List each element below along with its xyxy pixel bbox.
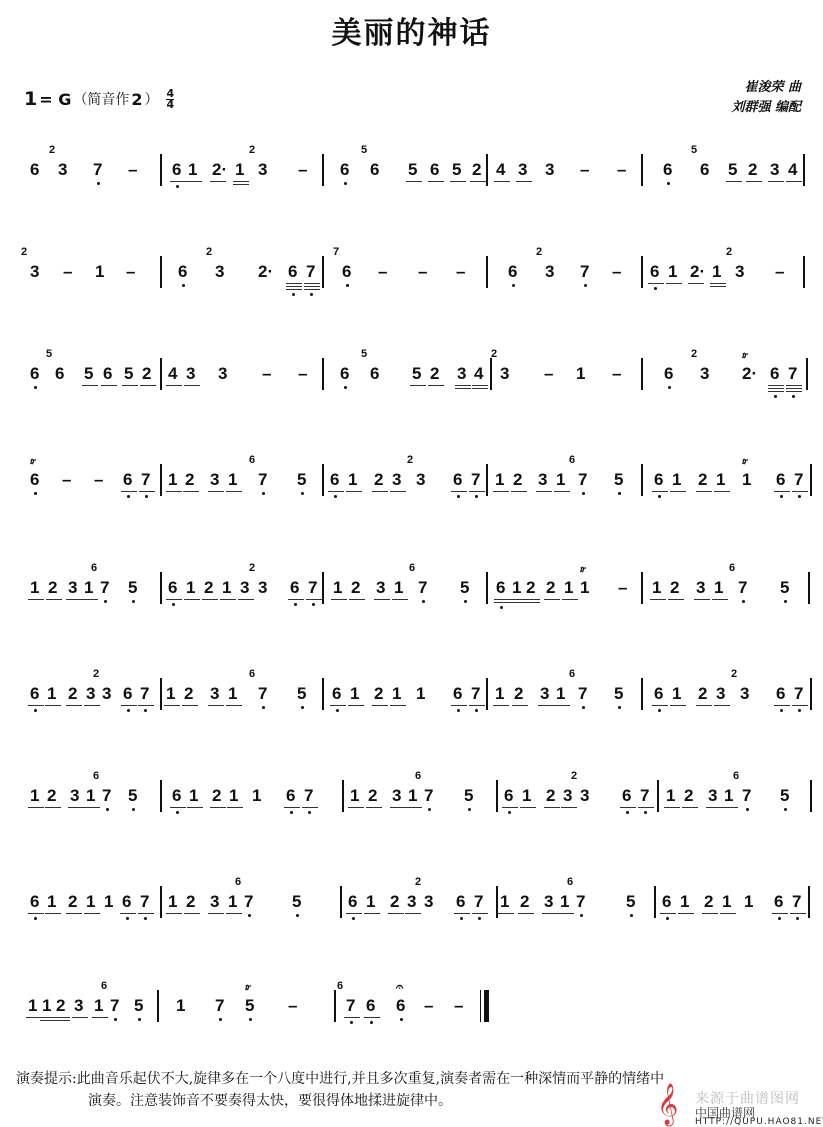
underline-beam bbox=[710, 286, 726, 287]
underline-beam bbox=[620, 807, 636, 808]
underline-beam bbox=[121, 491, 137, 492]
note: 6 bbox=[340, 364, 349, 384]
low-octave-dot bbox=[301, 706, 304, 709]
underline-beam bbox=[524, 602, 540, 603]
grace-note: 6 bbox=[409, 562, 415, 574]
bar-line bbox=[486, 464, 488, 496]
low-octave-dot bbox=[352, 917, 355, 920]
grace-note: 5 bbox=[361, 348, 367, 360]
note: 1 bbox=[176, 996, 185, 1016]
note: 6 bbox=[178, 262, 187, 282]
note: 3 bbox=[240, 578, 249, 598]
low-octave-dot bbox=[512, 284, 515, 287]
dash-extension: – bbox=[262, 364, 271, 384]
note: 3 bbox=[86, 684, 95, 704]
underline-beam bbox=[472, 385, 488, 386]
note: 6 bbox=[453, 470, 462, 490]
low-octave-dot bbox=[796, 917, 799, 920]
underline-beam bbox=[710, 283, 726, 284]
underline-beam bbox=[388, 913, 404, 914]
bar-line bbox=[808, 886, 810, 918]
note: 6 bbox=[504, 786, 513, 806]
note: 7 bbox=[215, 996, 224, 1016]
note: 6 bbox=[770, 364, 779, 384]
note: 1 bbox=[28, 996, 37, 1016]
underline-beam bbox=[66, 705, 82, 706]
low-octave-dot bbox=[344, 182, 347, 185]
key-signature: 1 = G （简音作 2 ） 4 4 bbox=[24, 88, 174, 110]
note: 3 bbox=[30, 262, 39, 282]
note: 7 bbox=[102, 786, 111, 806]
note: 3 bbox=[540, 684, 549, 704]
note: 3 bbox=[716, 684, 725, 704]
time-bottom: 4 bbox=[166, 100, 174, 110]
note: 1 bbox=[712, 262, 721, 282]
underline-beam bbox=[202, 599, 218, 600]
underline-beam bbox=[328, 491, 344, 492]
note: 6 bbox=[654, 684, 663, 704]
arranger-credit: 刘群强 编配 bbox=[731, 98, 801, 118]
note: 1 bbox=[42, 996, 51, 1016]
low-octave-dot bbox=[774, 395, 777, 398]
underline-beam bbox=[348, 705, 364, 706]
bar-line bbox=[160, 678, 162, 710]
grace-note: 2 bbox=[415, 876, 421, 888]
low-octave-dot bbox=[582, 492, 585, 495]
note: 7 bbox=[578, 470, 587, 490]
underline-beam bbox=[284, 807, 300, 808]
underline-beam bbox=[790, 913, 806, 914]
underline-beam bbox=[536, 491, 552, 492]
underline-beam bbox=[406, 181, 422, 182]
note: 6 bbox=[30, 684, 39, 704]
note: 3 bbox=[700, 364, 709, 384]
low-octave-dot bbox=[500, 606, 503, 609]
key-paren-close: ） bbox=[144, 89, 158, 109]
low-octave-dot bbox=[666, 917, 669, 920]
note: 1 bbox=[348, 470, 357, 490]
underline-beam bbox=[428, 181, 444, 182]
bar-line bbox=[322, 678, 324, 710]
note: 7 bbox=[640, 786, 649, 806]
note: 3 bbox=[210, 684, 219, 704]
note: 5 bbox=[626, 892, 635, 912]
bar-line bbox=[641, 572, 643, 604]
note: 6 bbox=[366, 996, 375, 1016]
note: 7 bbox=[738, 578, 747, 598]
underline-beam bbox=[82, 599, 98, 600]
note: 6 bbox=[430, 160, 439, 180]
note: 1 bbox=[416, 684, 425, 704]
note: 1 bbox=[564, 578, 573, 598]
time-signature: 4 4 bbox=[166, 89, 174, 110]
note: 4 bbox=[496, 160, 505, 180]
note: 3 bbox=[58, 160, 67, 180]
underline-beam bbox=[650, 599, 666, 600]
underline-beam bbox=[390, 705, 406, 706]
note: 1 bbox=[47, 892, 56, 912]
underline-beam bbox=[364, 1017, 380, 1018]
note: 1 bbox=[95, 262, 104, 282]
note: 1 bbox=[522, 786, 531, 806]
underline-beam bbox=[166, 385, 182, 386]
underline-beam bbox=[406, 807, 422, 808]
note: 6 bbox=[348, 892, 357, 912]
note: 7 bbox=[474, 892, 483, 912]
dash-extension: – bbox=[418, 262, 427, 282]
note: 1 bbox=[168, 892, 177, 912]
note: 6 bbox=[663, 160, 672, 180]
low-octave-dot bbox=[34, 386, 37, 389]
note: 5 bbox=[128, 578, 137, 598]
watermark-url: HTTP://QUPU.HAO81.NET bbox=[695, 1117, 823, 1127]
note: 5 bbox=[245, 996, 254, 1016]
grace-note: 2 bbox=[536, 246, 542, 258]
note: 6 bbox=[330, 470, 339, 490]
note: 5 bbox=[84, 364, 93, 384]
underline-beam bbox=[101, 385, 117, 386]
underline-beam bbox=[786, 391, 802, 392]
bar-line bbox=[342, 780, 344, 812]
underline-beam bbox=[122, 385, 138, 386]
low-octave-dot bbox=[308, 811, 311, 814]
dash-extension: – bbox=[424, 996, 433, 1016]
underline-beam bbox=[306, 599, 322, 600]
note: 1 bbox=[512, 578, 521, 598]
underline-beam bbox=[390, 807, 406, 808]
low-octave-dot bbox=[219, 1018, 222, 1021]
note: 1 bbox=[392, 684, 401, 704]
underline-beam bbox=[187, 807, 203, 808]
bar-line bbox=[340, 886, 342, 918]
grace-note: 6 bbox=[235, 876, 241, 888]
note: 1 bbox=[186, 578, 195, 598]
note: 5 bbox=[292, 892, 301, 912]
underline-beam bbox=[182, 705, 198, 706]
underline-beam bbox=[121, 705, 137, 706]
low-octave-dot bbox=[127, 709, 130, 712]
note: 3 bbox=[210, 892, 219, 912]
bar-line bbox=[810, 464, 812, 496]
underline-beam bbox=[694, 599, 710, 600]
key-paren-note: 2 bbox=[131, 90, 142, 109]
note: 7 bbox=[306, 262, 315, 282]
note: 1 bbox=[228, 684, 237, 704]
low-octave-dot bbox=[658, 495, 661, 498]
bar-line bbox=[641, 678, 643, 710]
note: 7 bbox=[418, 578, 427, 598]
underline-beam bbox=[768, 385, 784, 386]
note: 6 bbox=[123, 470, 132, 490]
note: 2 bbox=[184, 684, 193, 704]
watermark: 𝄞 来源于曲谱图网 中国曲谱网 HTTP://QUPU.HAO81.NET bbox=[657, 1088, 817, 1126]
note: 2 bbox=[212, 786, 221, 806]
note: 1 bbox=[235, 160, 244, 180]
note: 1 bbox=[652, 578, 661, 598]
low-octave-dot bbox=[248, 914, 251, 917]
low-octave-dot bbox=[262, 492, 265, 495]
note: 5 bbox=[780, 786, 789, 806]
underline-beam bbox=[454, 913, 470, 914]
underline-beam bbox=[688, 283, 704, 284]
underline-beam bbox=[469, 491, 485, 492]
underline-beam bbox=[208, 491, 224, 492]
bar-line bbox=[641, 154, 643, 186]
low-octave-dot bbox=[104, 600, 107, 603]
underline-beam bbox=[786, 181, 802, 182]
low-octave-dot bbox=[658, 709, 661, 712]
underline-beam bbox=[726, 181, 742, 182]
underline-beam bbox=[348, 807, 364, 808]
credits: 崔浚荣 曲 刘群强 编配 bbox=[731, 78, 801, 118]
low-octave-dot bbox=[644, 811, 647, 814]
note: 2 bbox=[748, 160, 757, 180]
note: 6 bbox=[370, 364, 379, 384]
underline-beam bbox=[493, 705, 509, 706]
note: 1 bbox=[680, 892, 689, 912]
underline-beam bbox=[45, 705, 61, 706]
note: 1 bbox=[228, 470, 237, 490]
underline-beam bbox=[469, 705, 485, 706]
bar-line bbox=[657, 780, 659, 812]
underline-beam bbox=[774, 705, 790, 706]
note: 6 bbox=[172, 160, 181, 180]
underline-beam bbox=[494, 599, 510, 600]
note: 2 bbox=[704, 892, 713, 912]
note: 5 bbox=[460, 578, 469, 598]
underline-beam bbox=[330, 705, 346, 706]
bar-line bbox=[322, 256, 324, 288]
low-octave-dot bbox=[475, 495, 478, 498]
underline-beam bbox=[138, 913, 154, 914]
underline-beam bbox=[792, 491, 808, 492]
underline-beam bbox=[82, 385, 98, 386]
bar-line bbox=[810, 678, 812, 710]
low-octave-dot bbox=[668, 386, 671, 389]
note: 6 bbox=[654, 470, 663, 490]
low-octave-dot bbox=[798, 495, 801, 498]
note: 2 bbox=[368, 786, 377, 806]
note: 1 bbox=[560, 892, 569, 912]
underline-beam bbox=[28, 807, 44, 808]
low-octave-dot bbox=[584, 284, 587, 287]
note: 1 bbox=[104, 892, 113, 912]
low-octave-dot bbox=[144, 917, 147, 920]
score-row: 12317656121332671231765612211𝆖–1231765 bbox=[0, 556, 823, 616]
key-tonic: 1 bbox=[24, 88, 37, 110]
underline-beam bbox=[286, 289, 302, 290]
low-octave-dot bbox=[262, 706, 265, 709]
note: 2 bbox=[520, 892, 529, 912]
dash-extension: – bbox=[456, 262, 465, 282]
low-octave-dot bbox=[294, 603, 297, 606]
underline-beam bbox=[184, 385, 200, 386]
low-octave-dot bbox=[457, 495, 460, 498]
underline-beam bbox=[428, 385, 444, 386]
trill-icon: 𝆖 bbox=[742, 350, 748, 361]
note: 2 bbox=[698, 684, 707, 704]
bar-line bbox=[160, 256, 162, 288]
underline-beam bbox=[558, 913, 574, 914]
note: 7 bbox=[580, 262, 589, 282]
note: 2 bbox=[390, 892, 399, 912]
note: 3 bbox=[407, 892, 416, 912]
note: 7 bbox=[304, 786, 313, 806]
bar-line bbox=[496, 780, 498, 812]
note: 4 bbox=[474, 364, 483, 384]
underline-beam bbox=[346, 491, 362, 492]
low-octave-dot bbox=[630, 914, 633, 917]
low-octave-dot bbox=[508, 811, 511, 814]
note: 6 bbox=[30, 160, 39, 180]
note: 2 bbox=[351, 578, 360, 598]
underline-beam bbox=[652, 705, 668, 706]
underline-beam bbox=[54, 1020, 70, 1021]
note: 2 bbox=[47, 786, 56, 806]
note: 1 bbox=[394, 578, 403, 598]
note: 3 bbox=[392, 786, 401, 806]
grace-note: 6 bbox=[733, 770, 739, 782]
underline-beam bbox=[561, 807, 577, 808]
note: 6 bbox=[776, 684, 785, 704]
note: 6 bbox=[650, 262, 659, 282]
low-octave-dot bbox=[350, 1021, 353, 1024]
underline-beam bbox=[554, 491, 570, 492]
note: 3 bbox=[544, 892, 553, 912]
note: 2· bbox=[258, 262, 273, 282]
underline-beam bbox=[652, 491, 668, 492]
note: 1 bbox=[672, 470, 681, 490]
low-octave-dot bbox=[114, 1018, 117, 1021]
low-octave-dot bbox=[798, 709, 801, 712]
dash-extension: – bbox=[128, 160, 137, 180]
underline-beam bbox=[494, 181, 510, 182]
grace-note: 6 bbox=[93, 770, 99, 782]
underline-beam bbox=[374, 599, 390, 600]
note: 7 bbox=[308, 578, 317, 598]
note: 1 bbox=[666, 786, 675, 806]
note: 2 bbox=[472, 160, 481, 180]
underline-beam bbox=[670, 705, 686, 706]
bar-line bbox=[810, 780, 812, 812]
underline-beam bbox=[678, 913, 694, 914]
low-octave-dot bbox=[370, 1021, 373, 1024]
underline-beam bbox=[170, 807, 186, 808]
note: 1 bbox=[556, 684, 565, 704]
treble-clef-icon: 𝄞 bbox=[657, 1084, 678, 1126]
note: 3 bbox=[500, 364, 509, 384]
note: 1 bbox=[222, 578, 231, 598]
grace-note: 6 bbox=[249, 668, 255, 680]
note: 7 bbox=[141, 470, 150, 490]
low-octave-dot bbox=[301, 492, 304, 495]
note: 1 bbox=[350, 684, 359, 704]
note: 5 bbox=[614, 684, 623, 704]
grace-note: 6 bbox=[91, 562, 97, 574]
key-paren-text: （简音作 bbox=[73, 89, 129, 109]
note: 5 bbox=[128, 786, 137, 806]
dash-extension: – bbox=[617, 160, 626, 180]
underline-beam bbox=[660, 913, 676, 914]
underline-beam bbox=[166, 913, 182, 914]
note: 7 bbox=[471, 470, 480, 490]
underline-beam bbox=[208, 705, 224, 706]
low-octave-dot bbox=[144, 709, 147, 712]
trill-icon: 𝆖 bbox=[742, 456, 748, 467]
note: 3 bbox=[392, 470, 401, 490]
note: 1 bbox=[168, 470, 177, 490]
underline-beam bbox=[502, 807, 518, 808]
note: 2 bbox=[670, 578, 679, 598]
note: 6 bbox=[123, 684, 132, 704]
underline-beam bbox=[226, 491, 242, 492]
note: 6 bbox=[342, 262, 351, 282]
dash-extension: – bbox=[62, 470, 71, 490]
note: 2 bbox=[204, 578, 213, 598]
bar-line bbox=[496, 886, 498, 918]
note: 7 bbox=[244, 892, 253, 912]
underline-beam bbox=[786, 388, 802, 389]
note: 2 bbox=[546, 786, 555, 806]
dash-extension: – bbox=[298, 364, 307, 384]
grace-note: 2 bbox=[731, 668, 737, 680]
trill-icon: 𝆖 bbox=[30, 456, 36, 467]
note: 1 bbox=[86, 892, 95, 912]
note: 6 bbox=[332, 684, 341, 704]
low-octave-dot bbox=[742, 600, 745, 603]
note: 1 bbox=[580, 578, 589, 598]
grace-note: 2 bbox=[249, 144, 255, 156]
grace-note: 2 bbox=[571, 770, 577, 782]
note: 3 bbox=[708, 786, 717, 806]
note: 6 bbox=[290, 578, 299, 598]
grace-note: 7 bbox=[333, 246, 339, 258]
underline-beam bbox=[786, 385, 802, 386]
underline-beam bbox=[184, 599, 200, 600]
note: 6 bbox=[168, 578, 177, 598]
trill-icon: 𝆖 bbox=[245, 982, 251, 993]
underline-beam bbox=[304, 283, 320, 284]
bar-line bbox=[803, 256, 805, 288]
grace-note: 5 bbox=[361, 144, 367, 156]
low-octave-dot bbox=[290, 811, 293, 814]
dash-extension: – bbox=[618, 578, 627, 598]
underline-beam bbox=[696, 705, 712, 706]
underline-beam bbox=[45, 913, 61, 914]
note: 3 bbox=[376, 578, 385, 598]
note: 3 bbox=[210, 470, 219, 490]
score-row: 32–1–6322·6767–––6327–612·132– bbox=[0, 240, 823, 300]
low-octave-dot bbox=[778, 917, 781, 920]
note: 7 bbox=[794, 684, 803, 704]
note: 6 bbox=[662, 892, 671, 912]
final-bar-thin bbox=[480, 990, 481, 1022]
underline-beam bbox=[120, 913, 136, 914]
underline-beam bbox=[554, 705, 570, 706]
low-octave-dot bbox=[249, 1018, 252, 1021]
note: 5 bbox=[124, 364, 133, 384]
low-octave-dot bbox=[106, 808, 109, 811]
bar-line bbox=[486, 678, 488, 710]
low-octave-dot bbox=[654, 287, 657, 290]
note: 2· bbox=[212, 160, 227, 180]
note: 7 bbox=[788, 364, 797, 384]
underline-beam bbox=[450, 181, 466, 182]
underline-beam bbox=[451, 491, 467, 492]
underline-beam bbox=[664, 807, 680, 808]
underline-beam bbox=[472, 913, 488, 914]
underline-beam bbox=[792, 705, 808, 706]
